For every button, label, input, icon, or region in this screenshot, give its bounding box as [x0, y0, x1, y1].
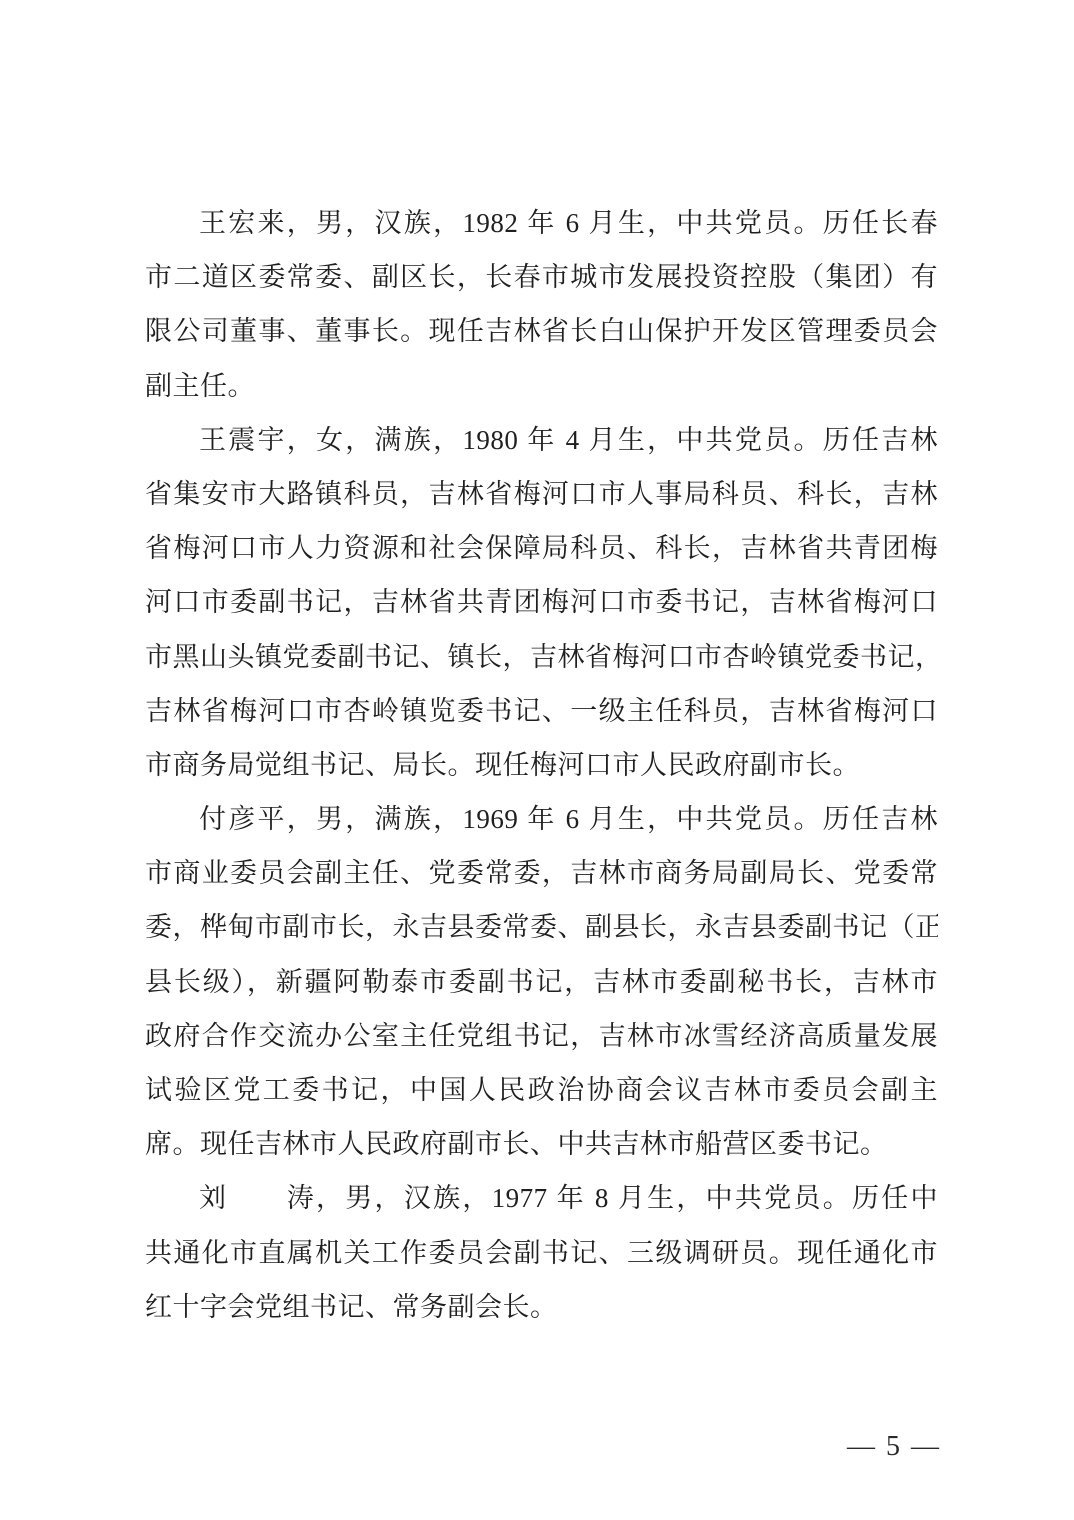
- paragraph-line: 市黑山头镇党委副书记、镇长，吉林省梅河口市杏岭镇党委书记，: [145, 630, 938, 684]
- bio-paragraph-liu-tao: 刘 涛，男，汉族，1977 年 8 月生，中共党员。历任中 共通化市直属机关工作…: [145, 1171, 938, 1334]
- paragraph-line: 刘 涛，男，汉族，1977 年 8 月生，中共党员。历任中: [145, 1171, 938, 1225]
- paragraph-line: 河口市委副书记，吉林省共青团梅河口市委书记，吉林省梅河口: [145, 575, 938, 629]
- paragraph-line: 试验区党工委书记，中国人民政治协商会议吉林市委员会副主: [145, 1063, 938, 1117]
- paragraph-line: 付彦平，男，满族，1969 年 6 月生，中共党员。历任吉林: [145, 792, 938, 846]
- paragraph-line: 政府合作交流办公室主任党组书记，吉林市冰雪经济高质量发展: [145, 1009, 938, 1063]
- paragraph-line: 吉林省梅河口市杏岭镇览委书记、一级主任科员，吉林省梅河口: [145, 684, 938, 738]
- page-number: — 5 —: [847, 1432, 941, 1462]
- paragraph-line: 共通化市直属机关工作委员会副书记、三级调研员。现任通化市: [145, 1226, 938, 1280]
- paragraph-line: 王震宇，女，满族，1980 年 4 月生，中共党员。历任吉林: [145, 413, 938, 467]
- paragraph-line: 副主任。: [145, 359, 938, 413]
- paragraph-line: 席。现任吉林市人民政府副市长、中共吉林市船营区委书记。: [145, 1117, 938, 1171]
- paragraph-line: 委，桦甸市副市长，永吉县委常委、副县长，永吉县委副书记（正: [145, 900, 938, 954]
- paragraph-line: 县长级），新疆阿勒泰市委副书记，吉林市委副秘书长，吉林市: [145, 955, 938, 1009]
- paragraph-line: 王宏来，男，汉族，1982 年 6 月生，中共党员。历任长春: [145, 196, 938, 250]
- bio-paragraph-wang-zhenyu: 王震宇，女，满族，1980 年 4 月生，中共党员。历任吉林 省集安市大路镇科员…: [145, 413, 938, 792]
- paragraph-line: 市商业委员会副主任、党委常委，吉林市商务局副局长、党委常: [145, 846, 938, 900]
- document-body: 王宏来，男，汉族，1982 年 6 月生，中共党员。历任长春 市二道区委常委、副…: [145, 196, 938, 1334]
- paragraph-line: 红十字会党组书记、常务副会长。: [145, 1280, 938, 1334]
- paragraph-line: 省梅河口市人力资源和社会保障局科员、科长，吉林省共青团梅: [145, 521, 938, 575]
- paragraph-line: 市二道区委常委、副区长，长春市城市发展投资控股（集团）有: [145, 250, 938, 304]
- bio-paragraph-fu-yanping: 付彦平，男，满族，1969 年 6 月生，中共党员。历任吉林 市商业委员会副主任…: [145, 792, 938, 1171]
- paragraph-line: 省集安市大路镇科员，吉林省梅河口市人事局科员、科长，吉林: [145, 467, 938, 521]
- bio-paragraph-wang-honglai: 王宏来，男，汉族，1982 年 6 月生，中共党员。历任长春 市二道区委常委、副…: [145, 196, 938, 413]
- document-page: 王宏来，男，汉族，1982 年 6 月生，中共党员。历任长春 市二道区委常委、副…: [0, 0, 1074, 1520]
- paragraph-line: 市商务局觉组书记、局长。现任梅河口市人民政府副市长。: [145, 738, 938, 792]
- paragraph-line: 限公司董事、董事长。现任吉林省长白山保护开发区管理委员会: [145, 304, 938, 358]
